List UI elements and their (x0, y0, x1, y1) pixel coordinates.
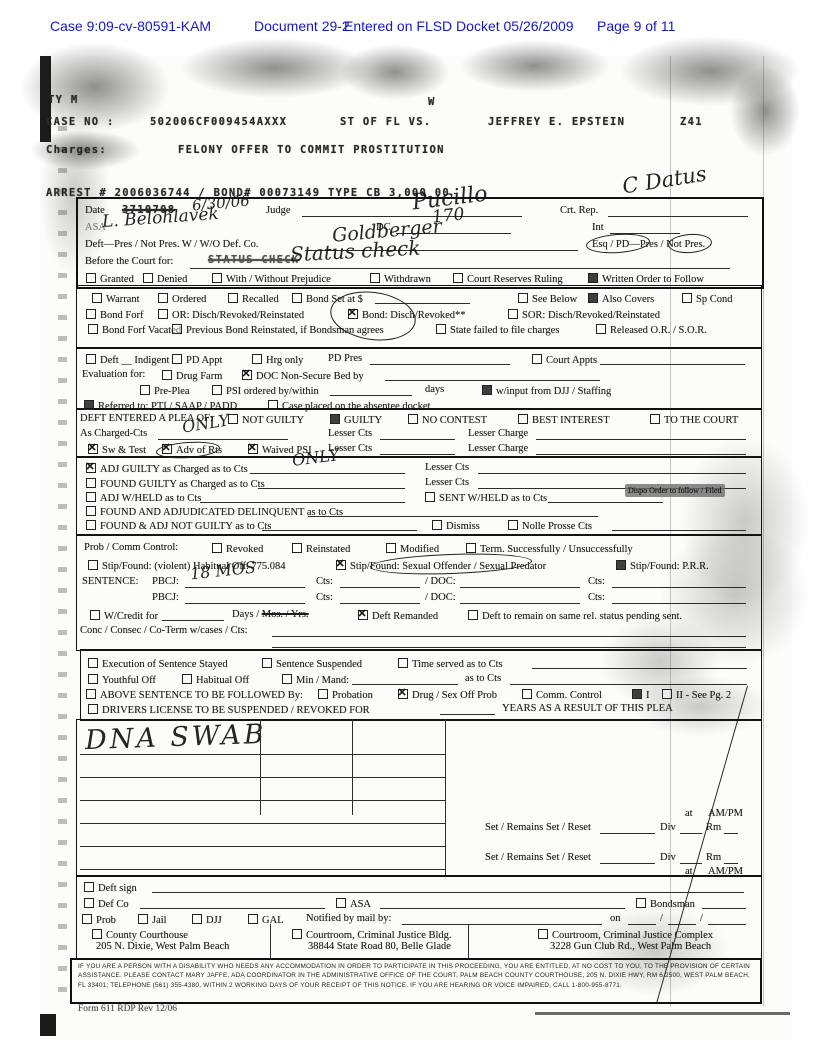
checkbox-reinstated (292, 543, 302, 553)
checkbox-asa-sign (336, 898, 346, 908)
corner-mark (40, 1014, 56, 1036)
min-mand-label: Min / Mand: (296, 675, 349, 686)
checkbox-remain-status (468, 610, 478, 620)
date-line-1 (628, 923, 656, 925)
license-years-line (440, 713, 495, 715)
checkbox-exec-stayed (88, 658, 98, 668)
checkbox-sw-test (88, 444, 98, 454)
checkbox-pre-plea (140, 385, 150, 395)
grid-hline (80, 868, 445, 870)
psi-days-line (330, 394, 412, 396)
checkbox-guilty (330, 414, 340, 424)
crt-rep-label: Crt. Rep. (560, 205, 598, 217)
sp-cond-label: Sp Cond (696, 294, 732, 305)
checkbox-ordered (158, 293, 168, 303)
drug-sex-prob-label: Drug / Sex Off Prob (412, 690, 497, 701)
djj-notify-label: DJJ (206, 915, 222, 926)
checkbox-deft-remanded (358, 610, 368, 620)
checkbox-min-mand (282, 674, 292, 684)
checkbox-recalled (228, 293, 238, 303)
court-reserves-label: Court Reserves Ruling (467, 274, 563, 285)
deft-pres-label: Deft—Pres / Not Pres. W / W/O Def. Co. (85, 239, 259, 251)
probation-label: Probation (332, 690, 373, 701)
nolle-prosse-line (612, 529, 746, 531)
checkbox-denied (143, 273, 153, 283)
grid-hline (80, 822, 445, 824)
adj-lesser-cts-label-2: Lesser Cts (425, 477, 469, 489)
revoked-label: Revoked (226, 544, 263, 555)
pdf-header-case: Case 9:09-cv-80591-KAM (50, 18, 211, 36)
pd-pres-label: PD Pres (328, 353, 362, 365)
checkbox-deft-indigent (86, 354, 96, 364)
adj-guilty-label: ADJ GUILTY as Charged as to Cts (100, 464, 248, 475)
remain-status-label: Deft to remain on same rel. status pendi… (482, 611, 682, 622)
denied-label: Denied (157, 274, 187, 285)
checkbox-found-not-guilty (86, 520, 96, 530)
court-appts-line (600, 363, 745, 365)
recalled-label: Recalled (242, 294, 279, 305)
not-guilty-label: NOT GUILTY (242, 415, 304, 426)
gal-notify-label: GAL (262, 915, 284, 926)
date-slash-1: / (660, 913, 663, 925)
checkbox-dismiss (432, 520, 442, 530)
followed-i-label: I (646, 690, 650, 701)
ordered-label: Ordered (172, 294, 206, 305)
scan-edge-marks (58, 126, 67, 1006)
pbcj-line (185, 586, 305, 588)
conc-consec-line-2 (272, 646, 746, 648)
checkbox-waived-psi (248, 444, 258, 454)
checkbox-comm-control (522, 689, 532, 699)
checkbox-best-interest (518, 414, 528, 424)
doc-label-1: / DOC: (425, 576, 456, 588)
set-line-1a (600, 832, 655, 834)
pre-plea-label: Pre-Plea (154, 386, 190, 397)
checkbox-psi (212, 385, 222, 395)
no-contest-label: NO CONTEST (422, 415, 487, 426)
pd-appt-label: PD Appt (186, 355, 222, 366)
bottom-bar-artifact (535, 1012, 790, 1015)
checkbox-sent-wheld (425, 492, 435, 502)
checkbox-adj-guilty (86, 463, 96, 473)
notified-line (402, 923, 602, 925)
cts-line-3 (340, 602, 420, 604)
set-reset-label-1: Set / Remains Set / Reset (485, 822, 591, 834)
cts-label-2: Cts: (588, 576, 605, 588)
before-court-line (190, 267, 730, 269)
granted-label: Granted (100, 274, 134, 285)
lesser-charge-line (536, 438, 746, 440)
case-number: 502006CF009454AXXX (150, 116, 287, 128)
handwritten-crt-rep: C Datus (621, 162, 709, 199)
date-slash-2: / (700, 913, 703, 925)
checkbox-probation (318, 689, 328, 699)
sw-test-label: Sw & Test (102, 445, 146, 456)
checkbox-djj-input (482, 385, 492, 395)
sentence-suspended-label: Sentence Suspended (276, 659, 362, 670)
written-order-label: Written Order to Follow (602, 274, 704, 285)
grid-hline (80, 845, 445, 847)
jail-notify-label: Jail (152, 915, 167, 926)
deft-sign-line (152, 891, 744, 893)
stip-prr-label: Stip/Found: P.R.R. (630, 561, 709, 572)
deft-indigent-label: Deft __ Indigent (100, 355, 169, 366)
at-label-1: at (685, 808, 693, 820)
scanned-court-form: TY M W CASE NO : 502006CF009454AXXX ST O… (40, 56, 792, 1040)
asa-sign-label: ASA (350, 899, 371, 910)
adj-lesser-cts-line (478, 472, 746, 474)
mos-yrs-struck: Mos. / Yrs. (262, 609, 309, 620)
courthouse-divider (270, 924, 271, 958)
days-label: days (425, 384, 444, 396)
checkbox-drivers-license (88, 704, 98, 714)
adj-wheld-line (200, 501, 405, 503)
above-sentence-label: ABOVE SENTENCE TO BE FOLLOWED By: (100, 690, 303, 701)
set-line-1b (680, 832, 702, 834)
pd-pres-line (370, 363, 510, 365)
checkbox-doc-bed (242, 370, 252, 380)
courtroom-gun-club-label: Courtroom, Criminal Justice Complex (552, 930, 713, 941)
checkbox-hrg-only (252, 354, 262, 364)
scan-smudge (180, 38, 370, 98)
found-delinquent-line (308, 515, 598, 517)
court-appts-label: Court Appts (546, 355, 597, 366)
adj-wheld-label: ADJ W/HELD as to Cts (100, 493, 201, 504)
doc-line-2 (460, 602, 580, 604)
reinstated-label: Reinstated (306, 544, 350, 555)
courtroom-gun-club-addr: 3228 Gun Club Rd., West Palm Beach (550, 941, 711, 953)
checkbox-stip-habitual (88, 560, 98, 570)
checkbox-stip-sexual (336, 560, 346, 570)
cts-line-2 (612, 586, 746, 588)
pdf-header-document: Document 29-2 (254, 18, 350, 36)
pdf-page: { "pdf_header": { "case_no": "Case 9:09-… (0, 0, 816, 1056)
checkbox-followed-ii (662, 689, 672, 699)
rm-label-1: Rm (706, 822, 721, 834)
prev-bond-label: Previous Bond Reinstated, if Bondsman ag… (186, 325, 384, 336)
checkbox-also-covers (588, 293, 598, 303)
county-courthouse-label: County Courthouse (106, 930, 188, 941)
checkbox-above-sentence (86, 689, 96, 699)
sentence-label: SENTENCE: (82, 576, 139, 588)
checkbox-w-credit (90, 610, 100, 620)
div-label-2: Div (660, 852, 676, 864)
also-covers-label: Also Covers (602, 294, 654, 305)
habitual-off-label: Habitual Off (196, 675, 249, 686)
state-failed-label: State failed to file charges (450, 325, 559, 336)
checkbox-revoked (212, 543, 222, 553)
pdf-header-page: Page 9 of 11 (597, 18, 675, 36)
checkbox-sp-cond (682, 293, 692, 303)
on-label: on (610, 913, 621, 925)
set-reset-label-2: Set / Remains Set / Reset (485, 852, 591, 864)
checkbox-bond-set (292, 293, 302, 303)
youthful-off-label: Youthful Off (102, 675, 156, 686)
cts-line-1 (340, 586, 420, 588)
ampm-label-1: AM/PM (708, 808, 743, 820)
cts-label-1: Cts: (316, 576, 333, 588)
checkbox-habitual-off (182, 674, 192, 684)
handwritten-dna-swab: DNA SWAB (85, 719, 268, 756)
def-co-sign-line (140, 907, 325, 909)
defendant-name: JEFFREY E. EPSTEIN (488, 116, 625, 128)
checkbox-def-co (84, 898, 94, 908)
found-not-guilty-label: FOUND & ADJ NOT GUILTY as to Cts (100, 521, 271, 532)
grid-hline (80, 799, 445, 801)
drug-farm-label: Drug Farm (176, 371, 222, 382)
asa-sign-line (380, 907, 625, 909)
checkbox-granted (86, 273, 96, 283)
released-or-label: Released O.R. / S.O.R. (610, 325, 707, 336)
adj-guilty-line (250, 472, 405, 474)
doc-line-1 (460, 586, 580, 588)
set-line-2c (724, 862, 738, 864)
charges-label: Charges: (46, 144, 107, 156)
found-delinquent-label: FOUND AND ADJUDICATED DELINQUENT as to C… (100, 507, 343, 518)
checkbox-state-failed (436, 324, 446, 334)
torn-text-fragment: W (428, 96, 436, 108)
scan-smudge (620, 36, 800, 106)
prejudice-label: With / Without Prejudice (226, 274, 331, 285)
days-plain-label: Days / (232, 609, 259, 620)
checkbox-withdrawn (370, 273, 380, 283)
checkbox-court-reserves (453, 273, 463, 283)
pbcj-label: PBCJ: (152, 576, 179, 588)
deft-sign-label: Deft sign (98, 883, 137, 894)
judge-label: Judge (266, 205, 291, 217)
comm-control-label: Comm. Control (536, 690, 602, 701)
checkbox-followed-i (632, 689, 642, 699)
checkbox-sor-disch (508, 309, 518, 319)
checkbox-released-or (596, 324, 606, 334)
checkbox-prev-bond (172, 324, 182, 334)
scan-smudge (340, 44, 450, 100)
checkbox-court-appts (532, 354, 542, 364)
int-label: Int (592, 222, 604, 234)
dismiss-label: Dismiss (446, 521, 480, 532)
see-below-label: See Below (532, 294, 577, 305)
ada-notice-text: IF YOU ARE A PERSON WITH A DISABILITY WH… (78, 962, 750, 990)
lesser-charge-label: Lesser Charge (468, 428, 528, 440)
before-court-label: Before the Court for: (85, 256, 173, 268)
or-disch-label: OR: Disch/Revoked/Reinstated (172, 310, 304, 321)
def-co-sign-label: Def Co (98, 899, 129, 910)
checkbox-pd-appt (172, 354, 182, 364)
checkbox-no-contest (408, 414, 418, 424)
checkbox-drug-farm (162, 370, 172, 380)
courthouse-divider (468, 924, 469, 958)
set-line-1c (724, 832, 738, 834)
bondsman-label: Bondsman (650, 899, 695, 910)
set-line-2b (680, 862, 702, 864)
bondsman-line (702, 907, 746, 909)
as-to-cts-line (510, 683, 747, 685)
checkbox-bond-forf (86, 309, 96, 319)
checkbox-adj-wheld (86, 492, 96, 502)
checkbox-or-disch (158, 309, 168, 319)
sent-wheld-label: SENT W/HELD as to Cts (439, 493, 547, 504)
checkbox-bondsman (636, 898, 646, 908)
found-not-guilty-line (262, 529, 417, 531)
warrant-label: Warrant (106, 294, 140, 305)
rm-label-2: Rm (706, 852, 721, 864)
drivers-license-label: DRIVERS LICENSE TO BE SUSPENDED / REVOKE… (102, 705, 370, 716)
charges-text: FELONY OFFER TO COMMIT PROSTITUTION (178, 144, 445, 156)
doc-label-2: / DOC: (425, 592, 456, 604)
to-the-court-label: TO THE COURT (664, 415, 738, 426)
term-label: Term. Successfully / Unsuccessfully (480, 544, 633, 555)
checkbox-gal-notify (248, 914, 258, 924)
dispo-order-badge: Dispo Order to follow / Filed (625, 484, 725, 497)
pbcj-label-2: PBCJ: (152, 592, 179, 604)
checkbox-to-the-court (650, 414, 660, 424)
best-interest-label: BEST INTEREST (532, 415, 610, 426)
checkbox-found-delinquent (86, 506, 96, 516)
djj-input-label: w/input from DJJ / Staffing (496, 386, 611, 397)
notified-by-mail-label: Notified by mail by: (306, 913, 391, 925)
lesser-cts-label: Lesser Cts (328, 428, 372, 440)
followed-ii-label: II - See Pg. 2 (676, 690, 731, 701)
set-line-2a (600, 862, 655, 864)
found-guilty-label: FOUND GUILTY as Charged as to Cts (100, 479, 265, 490)
modified-label: Modified (400, 544, 439, 555)
cts-label-4: Cts: (588, 592, 605, 604)
w-credit-label: W/Credit for (104, 611, 158, 622)
sent-wheld-line (548, 501, 663, 503)
evaluation-for-label: Evaluation for: (82, 369, 145, 381)
checkbox-prob-notify (82, 914, 92, 924)
time-served-line (532, 667, 747, 669)
grid-hline (80, 753, 445, 755)
pdf-header-entered: Entered on FLSD Docket 05/26/2009 (344, 18, 574, 36)
checkbox-see-below (518, 293, 528, 303)
adj-lesser-cts-label: Lesser Cts (425, 462, 469, 474)
prob-notify-label: Prob (96, 915, 116, 926)
torn-text-fragment: TY M (48, 94, 79, 106)
cts-label-3: Cts: (316, 592, 333, 604)
doc-bed-line (385, 379, 600, 381)
scan-smudge (730, 66, 800, 156)
bond-forf-label: Bond Forf (100, 310, 143, 321)
grid-vline (445, 719, 446, 875)
lesser-charge-line-2 (536, 453, 746, 455)
sor-disch-label: SOR: Disch/Revoked/Reinstated (522, 310, 660, 321)
case-vs: ST OF FL VS. (340, 116, 431, 128)
checkbox-bond-forf-vacated (88, 324, 98, 334)
checkbox-youthful-off (88, 674, 98, 684)
cts-line-4 (612, 602, 746, 604)
checkbox-warrant (92, 293, 102, 303)
courtroom-belle-glade-addr: 38844 State Road 80, Belle Glade (308, 941, 451, 953)
checkbox-stip-prr (616, 560, 626, 570)
checkbox-sentence-suspended (262, 658, 272, 668)
checkbox-jail-notify (138, 914, 148, 924)
case-code: Z41 (680, 116, 703, 128)
checkbox-courtroom-belle-glade (292, 929, 302, 939)
checkbox-found-guilty (86, 478, 96, 488)
found-guilty-line (258, 487, 405, 489)
lesser-cts-line (380, 438, 455, 440)
checkbox-time-served (398, 658, 408, 668)
hrg-only-label: Hrg only (266, 355, 303, 366)
div-label-1: Div (660, 822, 676, 834)
grid-hline (80, 776, 445, 778)
status-check-struck: STATUS CHECK (208, 254, 299, 266)
checkbox-djj-notify (192, 914, 202, 924)
checkbox-term (466, 543, 476, 553)
checkbox-deft-sign (84, 882, 94, 892)
credit-line (162, 619, 224, 621)
bond-forf-vacated-label: Bond Forf Vacated (102, 325, 181, 336)
lesser-charge-label-2: Lesser Charge (468, 443, 528, 455)
checkbox-written-order (588, 273, 598, 283)
checkbox-with-without-prejudice (212, 273, 222, 283)
checkbox-county-courthouse (92, 929, 102, 939)
nolle-prosse-label: Nolle Prosse Cts (522, 521, 592, 532)
scan-smudge (460, 40, 610, 92)
exec-stayed-label: Execution of Sentence Stayed (102, 659, 228, 670)
date-line-3 (708, 923, 746, 925)
withdrawn-label: Withdrawn (384, 274, 431, 285)
date-line-2 (668, 923, 696, 925)
as-charged-label: As Charged-Cts (80, 428, 147, 440)
pbcj-line-2 (185, 602, 305, 604)
conc-consec-label: Conc / Consec / Co-Term w/cases / Cts: (80, 625, 248, 637)
time-served-label: Time served as to Cts (412, 659, 503, 670)
checkbox-drug-sex-prob (398, 689, 408, 699)
min-mand-line (352, 683, 458, 685)
as-to-cts-label: as to Cts (465, 673, 501, 685)
case-no-label: CASE NO : (46, 116, 115, 128)
county-courthouse-addr: 205 N. Dixie, West Palm Beach (96, 941, 229, 953)
as-charged-line (158, 438, 288, 440)
crt-rep-line (608, 215, 748, 217)
lesser-cts-line-2 (380, 453, 455, 455)
conc-consec-line (272, 635, 746, 637)
courtroom-belle-glade-label: Courtroom, Criminal Justice Bldg. (306, 930, 452, 941)
psi-label: PSI ordered by/within (226, 386, 319, 397)
guilty-label: GUILTY (344, 415, 382, 426)
checkbox-modified (386, 543, 396, 553)
license-tail-label: YEARS AS A RESULT OF THIS PLEA (502, 703, 673, 715)
checkbox-nolle-prosse (508, 520, 518, 530)
deft-remanded-label: Deft Remanded (372, 611, 438, 622)
doc-bed-label: DOC Non-Secure Bed by (256, 371, 364, 382)
form-number: Form 611 RDP Rev 12/06 (78, 1004, 177, 1015)
prob-comm-label: Prob / Comm Control: (84, 542, 178, 554)
checkbox-courtroom-gun-club (538, 929, 548, 939)
